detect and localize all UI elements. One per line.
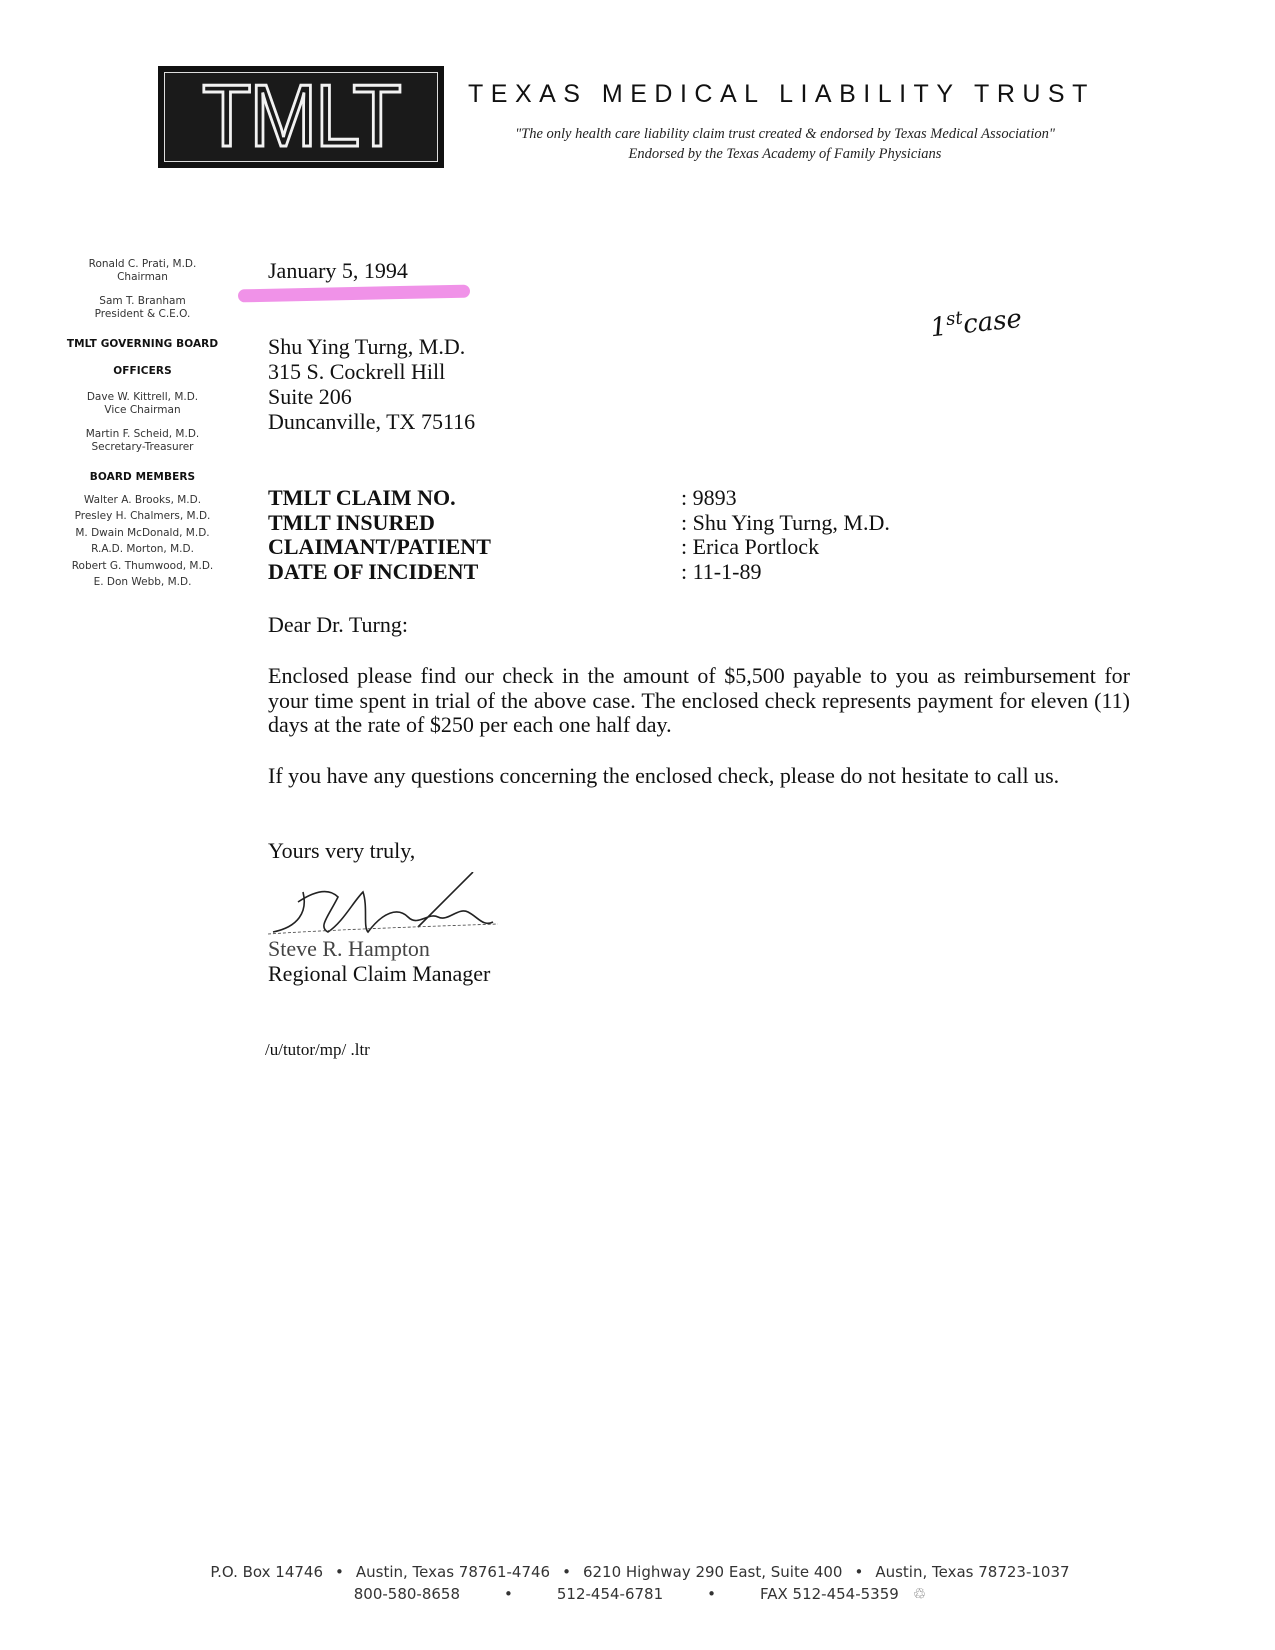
reference-value: : Shu Ying Turng, M.D.: [681, 511, 890, 536]
officer-entry: Martin F. Scheid, M.D. Secretary-Treasur…: [45, 428, 240, 453]
reference-value: : 11-1-89: [681, 560, 761, 585]
chairman-title: Chairman: [45, 271, 240, 284]
footer-street: 6210 Highway 290 East, Suite 400: [583, 1563, 843, 1581]
tagline-line-1: "The only health care liability claim tr…: [455, 124, 1115, 144]
body-paragraph-2: If you have any questions concerning the…: [268, 764, 1130, 789]
signer-block: Steve R. Hampton Regional Claim Manager: [268, 936, 490, 986]
bullet-icon: •: [335, 1563, 344, 1581]
officers-heading: OFFICERS: [45, 365, 240, 378]
chairman-name: Ronald C. Prati, M.D.: [45, 258, 240, 271]
reference-row: CLAIMANT/PATIENT : Erica Portlock: [268, 535, 890, 560]
tagline-line-2: Endorsed by the Texas Academy of Family …: [455, 144, 1115, 164]
footer-po-city: Austin, Texas 78761-4746: [356, 1563, 550, 1581]
recipient-city: Duncanville, TX 75116: [268, 409, 475, 434]
recipient-address: Shu Ying Turng, M.D. 315 S. Cockrell Hil…: [268, 334, 475, 434]
officer-title: Secretary-Treasurer: [45, 441, 240, 454]
footer-tollfree-phone: 800-580-8658: [354, 1585, 460, 1603]
recipient-name: Shu Ying Turng, M.D.: [268, 334, 475, 359]
chairman-entry: Ronald C. Prati, M.D. Chairman: [45, 258, 240, 283]
bullet-icon: •: [854, 1563, 863, 1581]
signature-icon: [268, 872, 518, 942]
reference-label: TMLT INSURED: [268, 511, 681, 536]
footer-street-city: Austin, Texas 78723-1037: [875, 1563, 1069, 1581]
bullet-icon: •: [562, 1563, 571, 1581]
signer-title: Regional Claim Manager: [268, 961, 490, 986]
highlighter-mark: [238, 285, 470, 303]
bullet-icon: •: [504, 1585, 513, 1603]
board-member: Walter A. Brooks, M.D.: [45, 492, 240, 509]
board-member: M. Dwain McDonald, M.D.: [45, 525, 240, 542]
letter-date: January 5, 1994: [268, 258, 408, 284]
board-sidebar: Ronald C. Prati, M.D. Chairman Sam T. Br…: [45, 258, 240, 591]
board-member: Presley H. Chalmers, M.D.: [45, 508, 240, 525]
file-reference: /u/tutor/mp/ .ltr: [265, 1040, 370, 1060]
governing-board-heading: TMLT GOVERNING BOARD: [45, 338, 240, 351]
reference-row: DATE OF INCIDENT : 11-1-89: [268, 560, 890, 585]
claim-reference-block: TMLT CLAIM NO. : 9893 TMLT INSURED : Shu…: [268, 486, 890, 584]
salutation: Dear Dr. Turng:: [268, 612, 408, 638]
tmlt-logo: TMLT: [158, 66, 444, 168]
president-entry: Sam T. Branham President & C.E.O.: [45, 295, 240, 320]
footer-address-line: P.O. Box 14746•Austin, Texas 78761-4746•…: [180, 1561, 1100, 1583]
footer-fax: FAX 512-454-5359: [760, 1585, 899, 1603]
bullet-icon: •: [707, 1585, 716, 1603]
reference-label: TMLT CLAIM NO.: [268, 486, 681, 511]
recipient-suite: Suite 206: [268, 384, 475, 409]
recipient-street: 315 S. Cockrell Hill: [268, 359, 475, 384]
reference-value: : Erica Portlock: [681, 535, 819, 560]
president-title: President & C.E.O.: [45, 308, 240, 321]
reference-row: TMLT CLAIM NO. : 9893: [268, 486, 890, 511]
officer-entry: Dave W. Kittrell, M.D. Vice Chairman: [45, 391, 240, 416]
tagline: "The only health care liability claim tr…: [455, 124, 1115, 164]
officer-title: Vice Chairman: [45, 404, 240, 417]
organization-name: TEXAS MEDICAL LIABILITY TRUST: [468, 80, 1095, 109]
board-member: R.A.D. Morton, M.D.: [45, 541, 240, 558]
board-member: Robert G. Thumwood, M.D.: [45, 558, 240, 575]
reference-row: TMLT INSURED : Shu Ying Turng, M.D.: [268, 511, 890, 536]
footer-local-phone: 512-454-6781: [557, 1585, 663, 1603]
footer-po-box: P.O. Box 14746: [210, 1563, 323, 1581]
footer-phone-line: 800-580-8658•512-454-6781•FAX 512-454-53…: [180, 1583, 1100, 1605]
signer-name: Steve R. Hampton: [268, 936, 490, 961]
reference-label: CLAIMANT/PATIENT: [268, 535, 681, 560]
reference-label: DATE OF INCIDENT: [268, 560, 681, 585]
officer-name: Dave W. Kittrell, M.D.: [45, 391, 240, 404]
reference-value: : 9893: [681, 486, 737, 511]
logo-text: TMLT: [171, 72, 430, 160]
board-members-heading: BOARD MEMBERS: [45, 471, 240, 484]
body-paragraph-1: Enclosed please find our check in the am…: [268, 664, 1130, 738]
closing: Yours very truly,: [268, 838, 415, 864]
president-name: Sam T. Branham: [45, 295, 240, 308]
board-member: E. Don Webb, M.D.: [45, 574, 240, 591]
handwritten-note: 1stcase: [929, 301, 1024, 343]
recycle-icon: ♲: [913, 1583, 926, 1605]
handwritten-word: case: [962, 304, 1024, 340]
letterhead-footer: P.O. Box 14746•Austin, Texas 78761-4746•…: [180, 1561, 1100, 1605]
officer-name: Martin F. Scheid, M.D.: [45, 428, 240, 441]
